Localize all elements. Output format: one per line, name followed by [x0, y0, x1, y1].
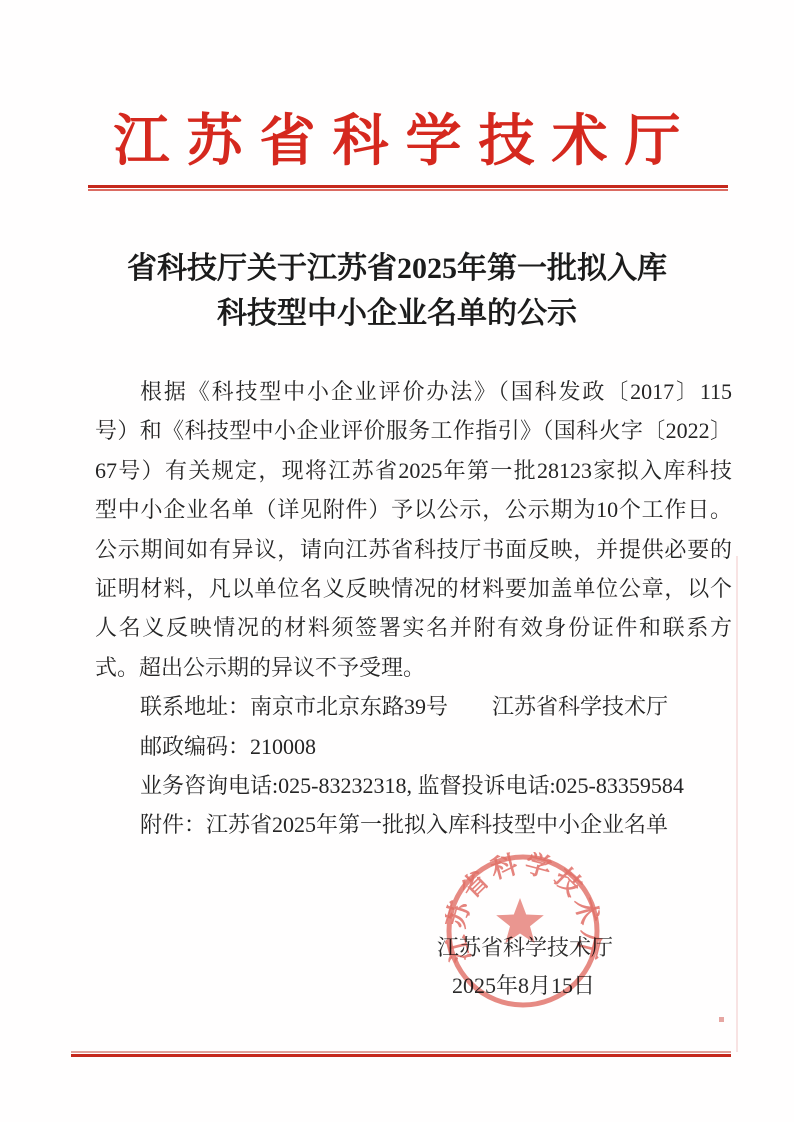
body-line: 67号）有关规定，现将江苏省2025年第一批28123家拟入库科技	[95, 451, 732, 490]
letterhead-agency-name: 江苏省科学技术厅	[0, 110, 794, 174]
contact-address-line: 联系地址：南京市北京东路39号 江苏省科学技术厅	[95, 687, 732, 726]
letterhead-rule-top	[88, 185, 728, 191]
body-line: 型中小企业名单（详见附件）予以公示，公示期为10个工作日。	[95, 490, 732, 529]
phone-numbers-line: 业务咨询电话:025-83232318, 监督投诉电话:025-83359584	[95, 766, 732, 805]
star-icon	[496, 898, 544, 943]
postal-code-line: 邮政编码：210008	[95, 727, 732, 766]
footer-rule	[71, 1051, 731, 1057]
official-seal-stamp: 江苏省科学技术厅	[445, 852, 605, 1012]
scan-ink-speck-artifact	[719, 1017, 724, 1022]
body-line: 人名义反映情况的材料须签署实名并附有效身份证件和联系方	[95, 608, 732, 647]
seal-ring-text: 江苏省科学技术厅	[445, 852, 605, 965]
body-line: 式。超出公示期的异议不予受理。	[95, 648, 732, 687]
body-line: 根据《科技型中小企业评价办法》（国科发政〔2017〕115	[95, 372, 732, 411]
scan-fold-line-artifact	[736, 556, 738, 1052]
body-line: 证明材料，凡以单位名义反映情况的材料要加盖单位公章，以个	[95, 569, 732, 608]
attachment-line: 附件：江苏省2025年第一批拟入库科技型中小企业名单	[95, 805, 732, 844]
document-title: 省科技厅关于江苏省2025年第一批拟入库 科技型中小企业名单的公示	[0, 246, 794, 336]
body-line: 号）和《科技型中小企业评价服务工作指引》（国科火字〔2022〕	[95, 411, 732, 450]
body-paragraph: 根据《科技型中小企业评价办法》（国科发政〔2017〕115 号）和《科技型中小企…	[95, 372, 732, 845]
document-title-line2: 科技型中小企业名单的公示	[0, 291, 794, 336]
document-title-line1: 省科技厅关于江苏省2025年第一批拟入库	[0, 246, 794, 291]
document-page: 江苏省科学技术厅 省科技厅关于江苏省2025年第一批拟入库 科技型中小企业名单的…	[0, 0, 794, 1122]
body-line: 公示期间如有异议，请向江苏省科技厅书面反映，并提供必要的	[95, 530, 732, 569]
